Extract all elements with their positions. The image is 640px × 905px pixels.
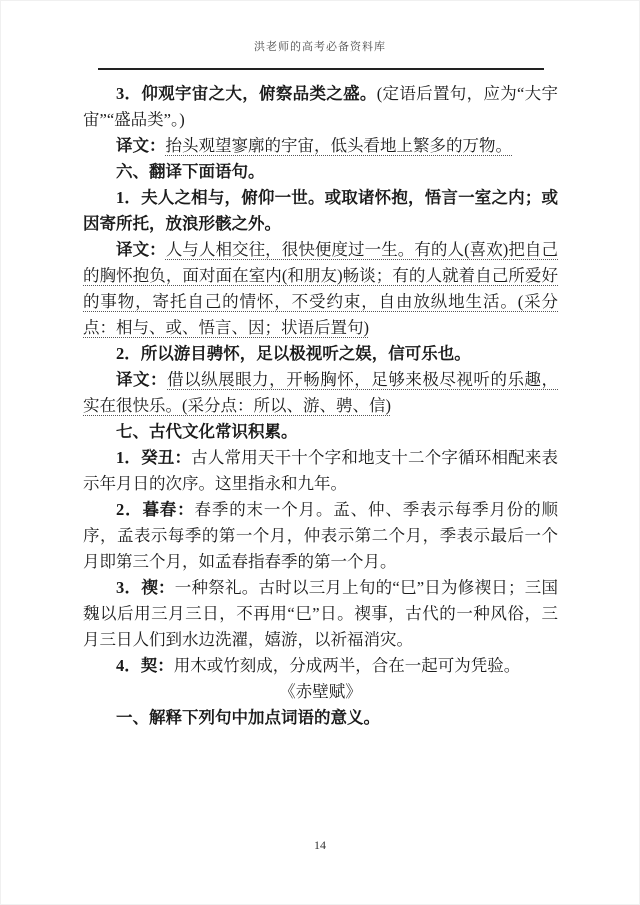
term: 4．契：: [116, 656, 174, 675]
translation: 译文：借以纵展眼力，开畅胸怀，足够来极尽视听的乐趣，实在很快乐。(采分点：所以、…: [83, 367, 558, 419]
source-sentence: 3．仰观宇宙之大，俯察品类之盛。: [116, 84, 377, 103]
culture-note: 2．暮春：春季的末一个月。孟、仲、季表示每季月份的顺序，孟表示每季的第一个月，仲…: [83, 497, 558, 575]
translation: 译文：抬头观望寥廓的宇宙，低头看地上繁多的万物。: [83, 133, 558, 159]
translation-label: 译文：: [116, 240, 166, 259]
heading-text: 一、解释下列句中加点词语的意义。: [116, 708, 380, 727]
source-sentence: 1．夫人之相与，俯仰一世。或取诸怀抱，悟言一室之内；或因寄所托，放浪形骸之外。: [83, 188, 558, 233]
translation-label: 译文：: [116, 136, 166, 155]
sentence-item: 2．所以游目骋怀，足以极视听之娱，信可乐也。: [83, 341, 558, 367]
culture-note: 1．癸丑：古人常用天干十个字和地支十二个字循环相配来表示年月日的次序。这里指永和…: [83, 445, 558, 497]
term: 1．癸丑：: [116, 448, 191, 467]
section-heading: 六、翻译下面语句。: [83, 159, 558, 185]
sentence-item: 3．仰观宇宙之大，俯察品类之盛。(定语后置句，应为“大宇宙”“盛品类”。): [83, 81, 558, 133]
page-header: 洪老师的高考必备资料库: [1, 38, 639, 54]
book-title: 《赤壁赋》: [83, 679, 558, 705]
culture-note: 4．契：用木或竹刻成，分成两半，合在一起可为凭验。: [83, 653, 558, 679]
translation-text: 抬头观望寥廓的宇宙，低头看地上繁多的万物。: [166, 136, 513, 155]
page-number: 14: [1, 838, 639, 853]
definition: 用木或竹刻成，分成两半，合在一起可为凭验。: [174, 656, 521, 675]
heading-text: 七、古代文化常识积累。: [116, 422, 298, 441]
term: 2．暮春：: [116, 500, 195, 519]
term: 3．禊：: [116, 578, 175, 597]
document-page: 洪老师的高考必备资料库 3．仰观宇宙之大，俯察品类之盛。(定语后置句，应为“大宇…: [0, 0, 640, 905]
translation-label: 译文：: [116, 370, 167, 389]
section-heading: 一、解释下列句中加点词语的意义。: [83, 705, 558, 731]
sentence-item: 1．夫人之相与，俯仰一世。或取诸怀抱，悟言一室之内；或因寄所托，放浪形骸之外。: [83, 185, 558, 237]
title-text: 《赤壁赋》: [279, 682, 362, 701]
section-heading: 七、古代文化常识积累。: [83, 419, 558, 445]
source-sentence: 2．所以游目骋怀，足以极视听之娱，信可乐也。: [116, 344, 471, 363]
culture-note: 3．禊：一种祭礼。古时以三月上旬的“巳”日为修禊日；三国魏以后用三月三日，不再用…: [83, 575, 558, 653]
document-body: 3．仰观宇宙之大，俯察品类之盛。(定语后置句，应为“大宇宙”“盛品类”。)译文：…: [83, 81, 558, 731]
heading-text: 六、翻译下面语句。: [116, 162, 265, 181]
translation: 译文：人与人相交往，很快便度过一生。有的人(喜欢)把自己的胸怀抱负，面对面在室内…: [83, 237, 558, 341]
header-divider: [98, 68, 544, 70]
